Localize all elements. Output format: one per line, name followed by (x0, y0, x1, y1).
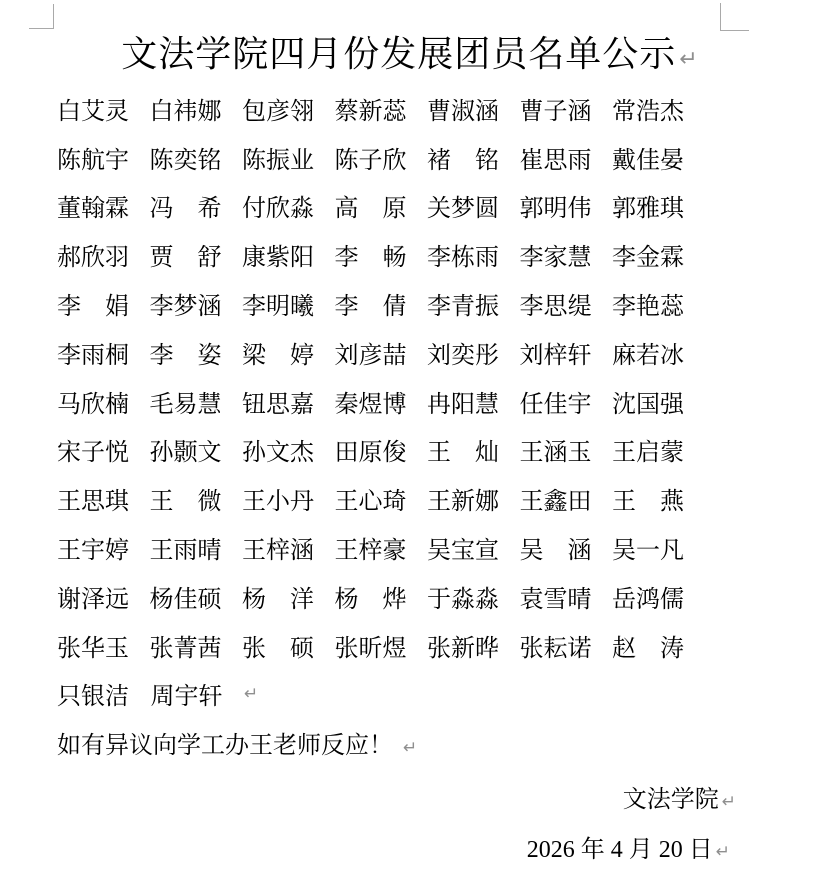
member-name: 李金霖 (612, 237, 684, 272)
member-name: 白祎娜 (150, 91, 222, 126)
member-name: 王梓涵 (242, 530, 314, 565)
member-name: 吴一凡 (612, 530, 684, 565)
member-name: 王心琦 (335, 481, 407, 516)
member-name: 吴 涵 (520, 530, 592, 565)
member-name: 陈航宇 (57, 140, 129, 175)
member-name: 张菁茜 (150, 628, 222, 663)
member-name: 刘梓轩 (520, 335, 592, 370)
signature-line: 文法学院↵ (0, 785, 736, 817)
name-row: 谢泽远杨佳硕杨 洋杨 烨于淼淼袁雪晴岳鸿儒 (57, 572, 684, 621)
member-name: 蔡新蕊 (335, 91, 407, 126)
member-name: 王 燕 (612, 481, 684, 516)
member-name: 关梦圆 (427, 188, 499, 223)
paragraph-mark-icon: ↵ (722, 792, 736, 812)
margin-mark-top-left-horizontal (29, 28, 54, 29)
name-row: 李雨桐李 姿梁 婷刘彦喆刘奕彤刘梓轩麻若冰 (57, 328, 684, 377)
name-row: 陈航宇陈奕铭陈振业陈子欣褚 铭崔思雨戴佳晏 (57, 133, 684, 182)
member-name: 李明曦 (242, 286, 314, 321)
paragraph-mark-icon: ↵ (679, 47, 698, 72)
member-name: 付欣淼 (242, 188, 314, 223)
member-name: 张昕煜 (335, 628, 407, 663)
member-name: 李 姿 (150, 335, 222, 370)
member-name: 王雨晴 (150, 530, 222, 565)
member-name: 王新娜 (427, 481, 499, 516)
member-name: 张新晔 (427, 628, 499, 663)
member-name: 康紫阳 (242, 237, 314, 272)
member-name: 马欣楠 (57, 384, 129, 419)
member-name: 王思琪 (57, 481, 129, 516)
name-row: 宋子悦孙颢文孙文杰田原俊王 灿王涵玉王启蒙 (57, 426, 684, 475)
member-name: 李青振 (427, 286, 499, 321)
member-name: 冉阳慧 (427, 384, 499, 419)
name-row: 董翰霖冯 希付欣淼高 原关梦圆郭明伟郭雅琪 (57, 182, 684, 231)
member-name: 孙文杰 (242, 432, 314, 467)
member-name: 郭雅琪 (612, 188, 684, 223)
name-row: 李 娟李梦涵李明曦李 倩李青振李思缇李艳蕊 (57, 279, 684, 328)
notice-text: 如有异议向学工办王老师反应！ (57, 733, 393, 759)
member-name: 崔思雨 (520, 140, 592, 175)
member-name: 曹淑涵 (427, 91, 499, 126)
member-name: 宋子悦 (57, 432, 129, 467)
member-name: 麻若冰 (612, 335, 684, 370)
member-name: 张 硕 (242, 628, 314, 663)
member-name: 李艳蕊 (612, 286, 684, 321)
member-name: 杨 烨 (335, 579, 407, 614)
member-name: 王启蒙 (612, 432, 684, 467)
member-name: 褚 铭 (427, 140, 499, 175)
member-name: 谢泽远 (57, 579, 129, 614)
member-name: 沈国强 (612, 384, 684, 419)
document-title-text: 文法学院四月份发展团员名单公示 (121, 34, 676, 74)
paragraph-mark-icon: ↵ (403, 738, 417, 758)
paragraph-mark-icon: ↵ (716, 842, 730, 862)
member-name: 王小丹 (242, 481, 314, 516)
member-name: 李家慧 (520, 237, 592, 272)
name-row: 马欣楠毛易慧钮思嘉秦煜博冉阳慧任佳宇沈国强 (57, 377, 684, 426)
member-name: 郭明伟 (520, 188, 592, 223)
member-name: 曹子涵 (520, 91, 592, 126)
member-name: 岳鸿儒 (612, 579, 684, 614)
date-text: 2026 年 4 月 20 日 (527, 837, 713, 863)
member-name: 吴宝宣 (427, 530, 499, 565)
member-name: 李 畅 (335, 237, 407, 272)
margin-mark-top-left-vertical (53, 4, 54, 29)
member-name: 只银洁 (57, 676, 129, 711)
member-name: 王宇婷 (57, 530, 129, 565)
member-name: 王 微 (150, 481, 222, 516)
member-name: 赵 涛 (612, 628, 684, 663)
notice-line: 如有异议向学工办王老师反应！↵ (57, 731, 417, 763)
member-name: 袁雪晴 (520, 579, 592, 614)
document-page: 文法学院四月份发展团员名单公示↵ 白艾灵白祎娜包彦翎蔡新蕊曹淑涵曹子涵常浩杰陈航… (0, 0, 820, 874)
name-row: 张华玉张菁茜张 硕张昕煜张新晔张耘诺赵 涛 (57, 621, 684, 670)
name-row: 王思琪王 微王小丹王心琦王新娜王鑫田王 燕 (57, 474, 684, 523)
member-name: 白艾灵 (57, 91, 129, 126)
member-name: 包彦翎 (242, 91, 314, 126)
member-name: 李雨桐 (57, 335, 129, 370)
member-name: 王梓豪 (335, 530, 407, 565)
member-name: 杨佳硕 (150, 579, 222, 614)
name-row: 白艾灵白祎娜包彦翎蔡新蕊曹淑涵曹子涵常浩杰 (57, 84, 684, 133)
member-name: 李 娟 (57, 286, 129, 321)
name-row: 只银洁周宇轩↵ (57, 670, 684, 719)
member-name: 戴佳晏 (612, 140, 684, 175)
member-name: 常浩杰 (612, 91, 684, 126)
member-name: 李栋雨 (427, 237, 499, 272)
member-name: 刘彦喆 (335, 335, 407, 370)
name-row: 王宇婷王雨晴王梓涵王梓豪吴宝宣吴 涵吴一凡 (57, 523, 684, 572)
member-name: 王涵玉 (520, 432, 592, 467)
paragraph-mark-icon: ↵ (244, 684, 258, 704)
member-name: 孙颢文 (150, 432, 222, 467)
member-name: 钮思嘉 (242, 384, 314, 419)
member-name: 郝欣羽 (57, 237, 129, 272)
member-name: 李梦涵 (150, 286, 222, 321)
member-name: 田原俊 (335, 432, 407, 467)
member-name: 李思缇 (520, 286, 592, 321)
member-name: 周宇轩 (151, 676, 223, 711)
member-name: 陈振业 (242, 140, 314, 175)
member-name: 高 原 (335, 188, 407, 223)
name-row: 郝欣羽贾 舒康紫阳李 畅李栋雨李家慧李金霖 (57, 230, 684, 279)
name-list: 白艾灵白祎娜包彦翎蔡新蕊曹淑涵曹子涵常浩杰陈航宇陈奕铭陈振业陈子欣褚 铭崔思雨戴… (57, 84, 684, 718)
margin-mark-top-right-vertical (720, 3, 721, 31)
member-name: 杨 洋 (242, 579, 314, 614)
member-name: 张耘诺 (520, 628, 592, 663)
member-name: 李 倩 (335, 286, 407, 321)
member-name: 秦煜博 (335, 384, 407, 419)
date-line: 2026 年 4 月 20 日↵ (0, 835, 730, 867)
member-name: 王鑫田 (520, 481, 592, 516)
member-name: 王 灿 (427, 432, 499, 467)
document-title: 文法学院四月份发展团员名单公示↵ (0, 30, 820, 84)
member-name: 梁 婷 (242, 335, 314, 370)
member-name: 刘奕彤 (427, 335, 499, 370)
member-name: 于淼淼 (427, 579, 499, 614)
member-name: 任佳宇 (520, 384, 592, 419)
member-name: 陈奕铭 (150, 140, 222, 175)
member-name: 毛易慧 (150, 384, 222, 419)
member-name: 冯 希 (150, 188, 222, 223)
member-name: 张华玉 (57, 628, 129, 663)
member-name: 陈子欣 (335, 140, 407, 175)
member-name: 贾 舒 (150, 237, 222, 272)
member-name: 董翰霖 (57, 188, 129, 223)
signature-text: 文法学院 (623, 787, 719, 813)
